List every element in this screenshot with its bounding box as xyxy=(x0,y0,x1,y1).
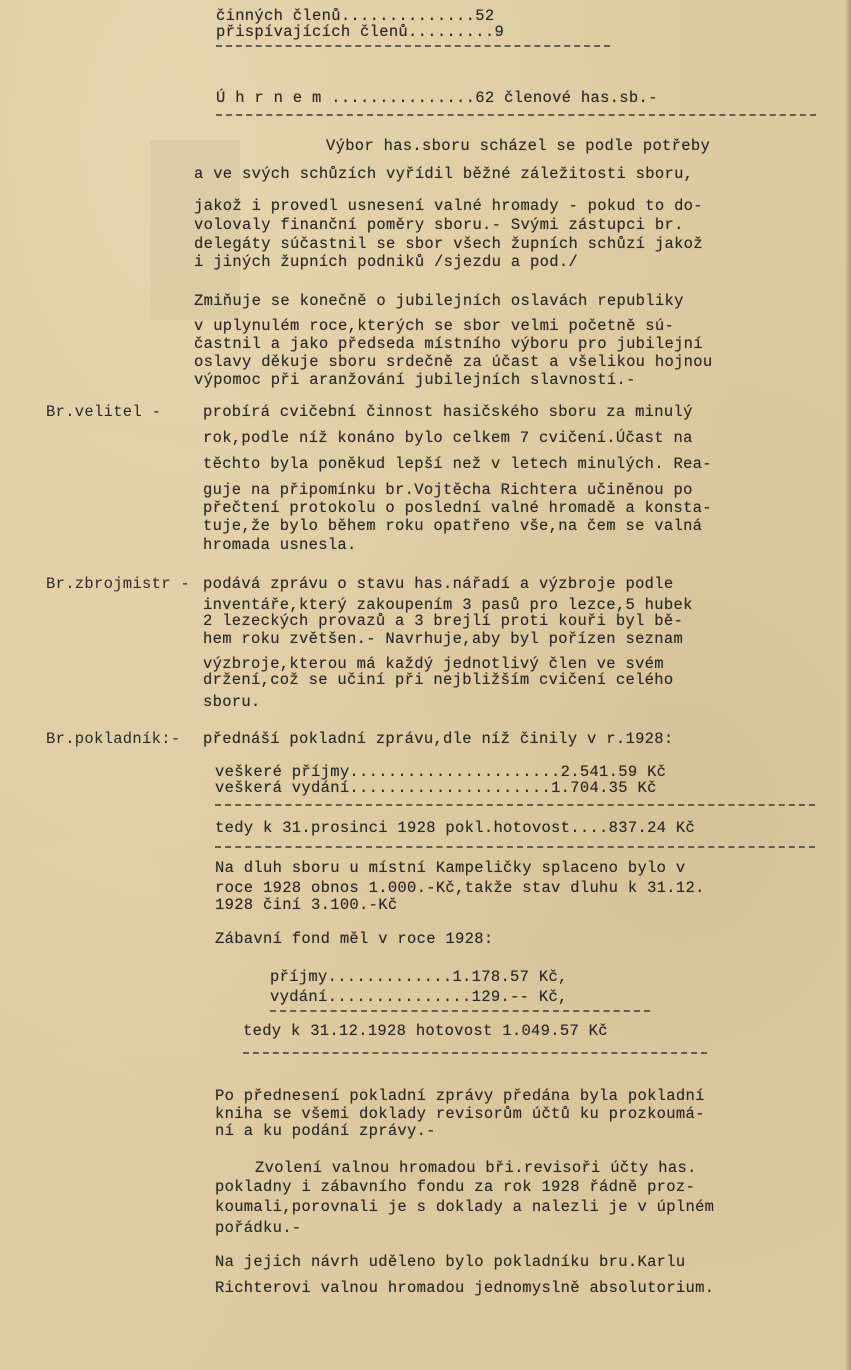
divider xyxy=(216,45,610,47)
armorer-line: výzbroje,kterou má každý jednotlivý člen… xyxy=(203,656,664,672)
debt-line: 1928 činí 3.100.-Kč xyxy=(215,897,397,913)
committee-line: jakož i provedl usnesení valné hromady -… xyxy=(194,198,703,214)
commander-line: guje na připomínku br.Vojtěcha Richtera … xyxy=(203,482,693,498)
jubilee-line: častnil a jako předseda místního výboru … xyxy=(194,336,703,352)
committee-line: i jiných župních podniků /sjezdu a pod./ xyxy=(194,254,578,270)
expense-row: veškerá vydání.....................1.704… xyxy=(215,780,657,796)
income-row: veškeré příjmy......................2.54… xyxy=(215,764,666,780)
jubilee-line: v uplynulém roce,kterých se sbor velmi p… xyxy=(194,318,674,334)
handover-line: Po přednesení pokladní zprávy předána by… xyxy=(215,1088,705,1104)
auditors-line: pořádku.- xyxy=(215,1220,301,1236)
armorer-line: hem roku zvětšen.- Navrhuje,aby byl poří… xyxy=(203,631,683,647)
fund-title: Zábavní fond měl v roce 1928: xyxy=(215,931,493,947)
speaker-treasurer: Br.pokladník:- xyxy=(46,731,180,747)
auditors-line: Zvolení valnou hromadou bři.revisoři účt… xyxy=(255,1160,697,1176)
auditors-line: koumali,porovnali je s doklady a nalezli… xyxy=(215,1199,714,1215)
committee-line: volovaly finanční poměry sboru.- Svými z… xyxy=(194,217,684,233)
divider xyxy=(243,1052,707,1054)
committee-line: delegáty súčastnil se sbor všech župních… xyxy=(194,236,703,252)
divider xyxy=(270,1010,650,1012)
commander-line: probírá cvičební činnost hasičského sbor… xyxy=(203,404,693,420)
page-edge-shadow xyxy=(845,0,851,1370)
member-row-total: Ú h r n e m ...............62 členové ha… xyxy=(216,90,658,106)
divider xyxy=(215,804,815,806)
member-row-supporting: přispívajících členů.........9 xyxy=(216,24,504,40)
commander-line: hromada usnesla. xyxy=(203,537,357,553)
fund-balance-row: tedy k 31.12.1928 hotovost 1.049.57 Kč xyxy=(243,1023,608,1039)
commander-line: rok,podle níž konáno bylo celkem 7 cviče… xyxy=(203,430,693,446)
auditors-line: pokladny i zábavního fondu za rok 1928 ř… xyxy=(215,1179,695,1195)
jubilee-line: výpomoc při aranžování jubilejních slavn… xyxy=(194,372,636,388)
armorer-line: inventáře,který zakoupením 3 pasů pro le… xyxy=(203,597,693,613)
member-row-active: činných členů..............52 xyxy=(216,8,494,24)
divider xyxy=(216,114,816,116)
speaker-commander: Br.velitel - xyxy=(46,404,161,420)
armorer-line: podává zprávu o stavu has.nářadí a výzbr… xyxy=(203,576,673,592)
debt-line: Na dluh sboru u místní Kampeličky splace… xyxy=(215,860,685,876)
scanned-document-page: činných členů..............52 přispívají… xyxy=(0,0,851,1370)
divider xyxy=(215,846,815,848)
treasurer-intro: přednáší pokladní zprávu,dle níž činily … xyxy=(203,731,673,747)
discharge-line: Na jejich návrh uděleno bylo pokladníku … xyxy=(215,1254,685,1270)
jubilee-line: Zmiňuje se konečně o jubilejních oslavác… xyxy=(194,293,684,309)
handover-line: kniha se všemi doklady revisorům účtů ku… xyxy=(215,1106,705,1122)
jubilee-line: oslavy děkuje sboru srdečně za účast a v… xyxy=(194,354,712,370)
fund-expense-row: vydání...............129.-- Kč, xyxy=(270,989,568,1005)
committee-line: Výbor has.sboru scházel se podle potřeby xyxy=(326,138,710,154)
armorer-line: 2 lezeckých provazů a 3 brejlí proti kou… xyxy=(203,613,683,629)
committee-line: a ve svých schůzích vyřídil běžné záleži… xyxy=(194,166,693,182)
cash-balance-row: tedy k 31.prosinci 1928 pokl.hotovost...… xyxy=(215,820,695,836)
fund-income-row: příjmy.............1.178.57 Kč, xyxy=(270,969,568,985)
commander-line: těchto byla poněkud lepší než v letech m… xyxy=(203,456,712,472)
armorer-line: sboru. xyxy=(203,694,261,710)
debt-line: roce 1928 obnos 1.000.-Kč,takže stav dlu… xyxy=(215,880,705,896)
discharge-line: Richterovi valnou hromadou jednomyslně a… xyxy=(215,1280,714,1296)
speaker-armorer: Br.zbrojmistr - xyxy=(46,576,190,592)
commander-line: tuje,že bylo během roku opatřeno vše,na … xyxy=(203,518,702,534)
handover-line: ní a ku podání zprávy.- xyxy=(215,1123,436,1139)
commander-line: přečtení protokolu o poslední valné hrom… xyxy=(203,500,712,516)
armorer-line: držení,což se učiní při nejbližším cviče… xyxy=(203,672,673,688)
